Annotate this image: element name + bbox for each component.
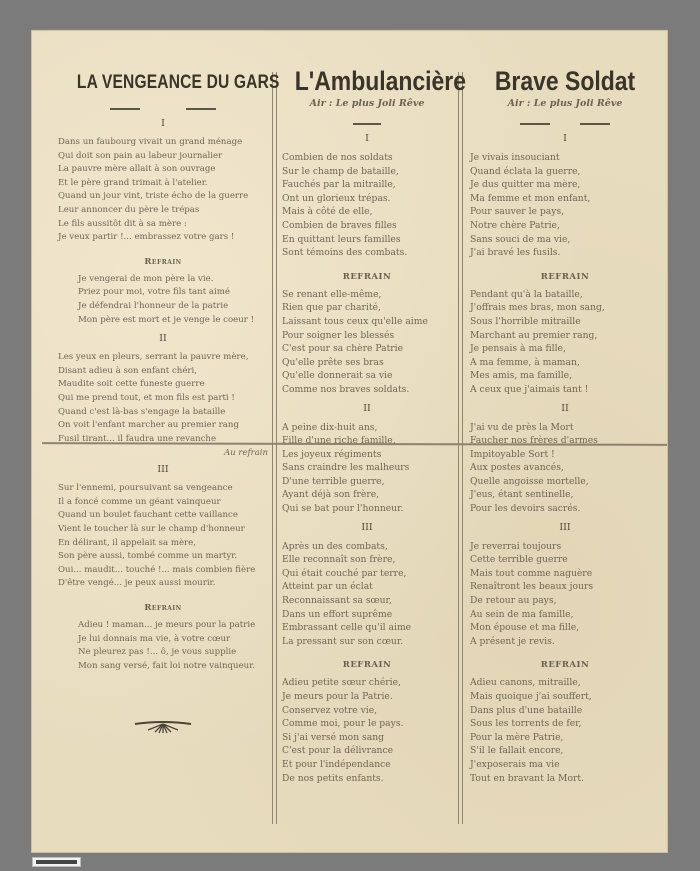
verse-block: Je vivais insouciantQuand éclata la guer… [470,151,660,260]
lyric-line: A ceux que j'aimais tant ! [470,383,660,397]
lyric-line: Après un des combats, [282,540,452,554]
song-column-ambulanciere: L'Ambulancière Air : Le plus Joli Rêve I… [282,66,452,785]
refrain-heading: REFRAIN [282,272,452,282]
lyric-line: Son père aussi, tombé comme un martyr. [58,550,268,564]
lyric-line: Je reverrai toujours [470,540,660,554]
verse-block: Les yeux en pleurs, serrant la pauvre mè… [58,351,268,446]
lyric-line: Atteint par un éclat [282,580,452,594]
lyric-line: Conservez votre vie, [282,704,452,718]
verse-block: Sur l'ennemi, poursuivant sa vengeanceIl… [58,482,268,591]
refrain-block: Pendant qu'à la bataille,J'offrais mes b… [470,288,660,397]
lyric-line: Ayant déjà son frère, [282,488,452,502]
lyric-line: Le fils aussitôt dit à sa mère : [58,218,268,232]
verse-block: Dans un faubourg vivait un grand ménageQ… [58,136,268,245]
lyric-line: Adieu ! maman... je meurs pour la patrie [58,619,268,633]
lyric-line: En quittant leurs familles [282,233,452,247]
lyric-line: Je meurs pour la Patrie. [282,690,452,704]
lyric-line: Pour les devoirs sacrés. [470,502,660,516]
lyric-line: Laissant tous ceux qu'elle aime [282,315,452,329]
lyric-line: Et le père grand trimait à l'atelier. [58,177,268,191]
lyric-line: Pour la mère Patrie, [470,731,660,745]
lyric-line: Priez pour moi, votre fils tant aimé [58,286,268,300]
lyric-line: J'eus, étant sentinelle, [470,488,660,502]
lyric-line: J'ai vu de près la Mort [470,421,660,435]
refrain-heading: REFRAIN [282,660,452,670]
refrain-block: Je vengerai de mon père la vie.Priez pou… [58,273,268,327]
lyric-line: De nos petits enfants. [282,772,452,786]
lyric-line: Je défendrai l'honneur de la patrie [58,300,268,314]
lyric-line: Il a foncé comme un géant vainqueur [58,496,268,510]
verse-number: I [58,118,268,129]
archive-label [32,857,81,867]
lyric-line: J'ai bravé les fusils. [470,246,660,260]
lyric-line: En délirant, il appelait sa mère, [58,537,268,551]
lyric-line: Qui se bat pour l'honneur. [282,502,452,516]
song-title: Brave Soldat [484,66,646,97]
column-divider-1 [272,72,277,824]
lyric-line: La pauvre mère allait à son ouvrage [58,163,268,177]
lyric-line: Sont témoins des combats. [282,246,452,260]
lyric-line: Qu'elle prête ses bras [282,356,452,370]
verse-block: Je reverrai toujoursCette terrible guerr… [470,540,660,649]
lyric-line: C'est pour sa chère Patrie [282,342,452,356]
song-column-vengeance: LA VENGEANCE DU GARS IDans un faubourg v… [58,66,268,739]
lyric-line: Fauchés par la mitraille, [282,178,452,192]
song-column-brave-soldat: Brave Soldat Air : Le plus Joli Rêve IJe… [470,66,660,785]
lyric-line: Quand éclata la guerre, [470,165,660,179]
lyric-line: Dans un effort suprême [282,608,452,622]
lyric-line: Pour soigner les blessés [282,329,452,343]
lyric-line: A ma femme, à maman, [470,356,660,370]
lyric-line: Je veux partir !... embrassez votre gars… [58,231,268,245]
refrain-heading: Refrain [58,257,268,267]
lyric-line: Pendant qu'à la bataille, [470,288,660,302]
lyric-line: Pour sauver le pays, [470,205,660,219]
lyric-line: J'exposerais ma vie [470,758,660,772]
lyric-line: Si j'ai versé mon sang [282,731,452,745]
lyric-line: Dans plus d'une bataille [470,704,660,718]
lyric-line: Impitoyable Sort ! [470,448,660,462]
lyric-line: Mais à côté de elle, [282,205,452,219]
lyric-line: On voit l'enfant marcher au premier rang [58,419,268,433]
song-sections: IDans un faubourg vivait un grand ménage… [58,118,268,673]
lyric-line: Embrassant celle qu'il aime [282,621,452,635]
lyric-line: Sans craindre les malheurs [282,461,452,475]
verse-number: II [58,333,268,344]
lyric-line: Qu'elle donnerait sa vie [282,369,452,383]
verse-number: II [470,403,660,414]
lyric-line: Tout en bravant la Mort. [470,772,660,786]
lyric-line: Oui... maudit... touché !... mais combie… [58,564,268,578]
lyric-line: Sous les torrents de fer, [470,717,660,731]
lyric-line: Les joyeux régiments [282,448,452,462]
song-air: Air : Le plus Joli Rêve [470,98,660,109]
refrain-heading: REFRAIN [470,272,660,282]
lyric-line: La pressant sur son cœur. [282,635,452,649]
lyric-line: Leur annoncer du père le trépas [58,204,268,218]
lyric-line: Faucher nos frères d'armes [470,434,660,448]
column-divider-2 [458,72,463,824]
refrain-heading: Refrain [58,603,268,613]
lyric-line: Je pensais à ma fille, [470,342,660,356]
lyric-line: Notre chère Patrie, [470,219,660,233]
lyric-line: Cette terrible guerre [470,553,660,567]
song-title: L'Ambulancière [295,66,440,97]
refrain-block: Adieu petite sœur chérie,Je meurs pour l… [282,676,452,785]
lyric-line: Adieu canons, mitraille, [470,676,660,690]
title-rule-ornament [58,98,268,112]
song-air: Air : Le plus Joli Rêve [282,98,452,109]
verse-block: A peine dix-huit ans,Fille d'une riche f… [282,421,452,516]
lyric-line: Qui me prend tout, et mon fils est parti… [58,392,268,406]
refrain-block: Adieu ! maman... je meurs pour la patrie… [58,619,268,673]
refrain-block: Adieu canons, mitraille,Mais quoique j'a… [470,676,660,785]
lyric-line: Je lui donnais ma vie, à votre cœur [58,633,268,647]
lyric-line: C'est pour la délivrance [282,744,452,758]
verse-number: II [282,403,452,414]
lyric-line: Mais tout comme naguère [470,567,660,581]
refrain-block: Se renant elle-même,Rien que par charité… [282,288,452,397]
lyric-line: Sous l'horrible mitraille [470,315,660,329]
lyric-line: Elle reconnaît son frère, [282,553,452,567]
lyric-line: Je dus quitter ma mère, [470,178,660,192]
lyric-line: Sur l'ennemi, poursuivant sa vengeance [58,482,268,496]
lyric-line: De retour au pays, [470,594,660,608]
lyric-line: Combien de braves filles [282,219,452,233]
refrain-cue: Au refrain [58,448,268,458]
lyric-line: A peine dix-huit ans, [282,421,452,435]
song-sections: ICombien de nos soldatsSur le champ de b… [282,133,452,785]
lyric-line: Adieu petite sœur chérie, [282,676,452,690]
lyric-line: Mon épouse et ma fille, [470,621,660,635]
lyric-line: Marchant au premier rang, [470,329,660,343]
lyric-line: Je vengerai de mon père la vie. [58,273,268,287]
verse-number: I [282,133,452,144]
closing-ornament-icon [58,719,268,739]
lyric-line: J'offrais mes bras, mon sang, [470,301,660,315]
lyric-line: Fusil tirant... il faudra une revanche [58,433,268,447]
verse-block: Combien de nos soldatsSur le champ de ba… [282,151,452,260]
lyric-line: Qui doit son pain au labeur journalier [58,150,268,164]
verse-number: III [58,464,268,475]
lyric-line: Quand c'est là-bas s'engage la bataille [58,406,268,420]
lyric-line: Se renant elle-même, [282,288,452,302]
lyric-line: Ne pleurez pas !... ô, je vous supplie [58,646,268,660]
lyric-line: Rien que par charité, [282,301,452,315]
lyric-line: Ma femme et mon enfant, [470,192,660,206]
lyric-line: Qui était couché par terre, [282,567,452,581]
lyric-line: Maudite soit cette funeste guerre [58,378,268,392]
lyric-line: Ont un glorieux trépas. [282,192,452,206]
lyric-line: Comme moi, pour le pays. [282,717,452,731]
title-rule-ornament [282,113,452,127]
lyric-line: Vient le toucher là sur le champ d'honne… [58,523,268,537]
lyric-line: Sans souci de ma vie, [470,233,660,247]
lyric-line: Au sein de ma famille, [470,608,660,622]
lyric-line: Mais quoique j'ai souffert, [470,690,660,704]
lyric-line: Je vivais insouciant [470,151,660,165]
lyric-line: Quand un jour vint, triste écho de la gu… [58,190,268,204]
verse-block: J'ai vu de près la MortFaucher nos frère… [470,421,660,516]
lyric-line: Disant adieu à son enfant chéri, [58,365,268,379]
verse-number: I [470,133,660,144]
lyric-line: Quand un boulet fauchant cette vaillance [58,509,268,523]
lyric-line: Aux postes avancés, [470,461,660,475]
lyric-line: Mes amis, ma famille, [470,369,660,383]
verse-number: III [470,522,660,533]
lyric-line: Sur le champ de bataille, [282,165,452,179]
lyric-line: Renaîtront les beaux jours [470,580,660,594]
song-title: LA VENGEANCE DU GARS [77,72,249,94]
lyric-line: D'une terrible guerre, [282,475,452,489]
refrain-heading: REFRAIN [470,660,660,670]
lyric-line: D'être vengé... je peux aussi mourir. [58,577,268,591]
title-rule-ornament [470,113,660,127]
lyric-line: Dans un faubourg vivait un grand ménage [58,136,268,150]
lyric-line: Quelle angoisse mortelle, [470,475,660,489]
lyric-line: Et pour l'indépendance [282,758,452,772]
lyric-line: Mon père est mort et je venge le coeur ! [58,314,268,328]
lyric-line: Fille d'une riche famille, [282,434,452,448]
lyric-line: A présent je revis. [470,635,660,649]
lyric-line: Les yeux en pleurs, serrant la pauvre mè… [58,351,268,365]
lyric-line: Combien de nos soldats [282,151,452,165]
verse-number: III [282,522,452,533]
lyric-line: S'il le fallait encore, [470,744,660,758]
lyric-line: Comme nos braves soldats. [282,383,452,397]
lyric-line: Mon sang versé, fait loi notre vainqueur… [58,660,268,674]
verse-block: Après un des combats,Elle reconnaît son … [282,540,452,649]
song-sections: IJe vivais insouciantQuand éclata la gue… [470,133,660,785]
lyric-line: Reconnaissant sa sœur, [282,594,452,608]
